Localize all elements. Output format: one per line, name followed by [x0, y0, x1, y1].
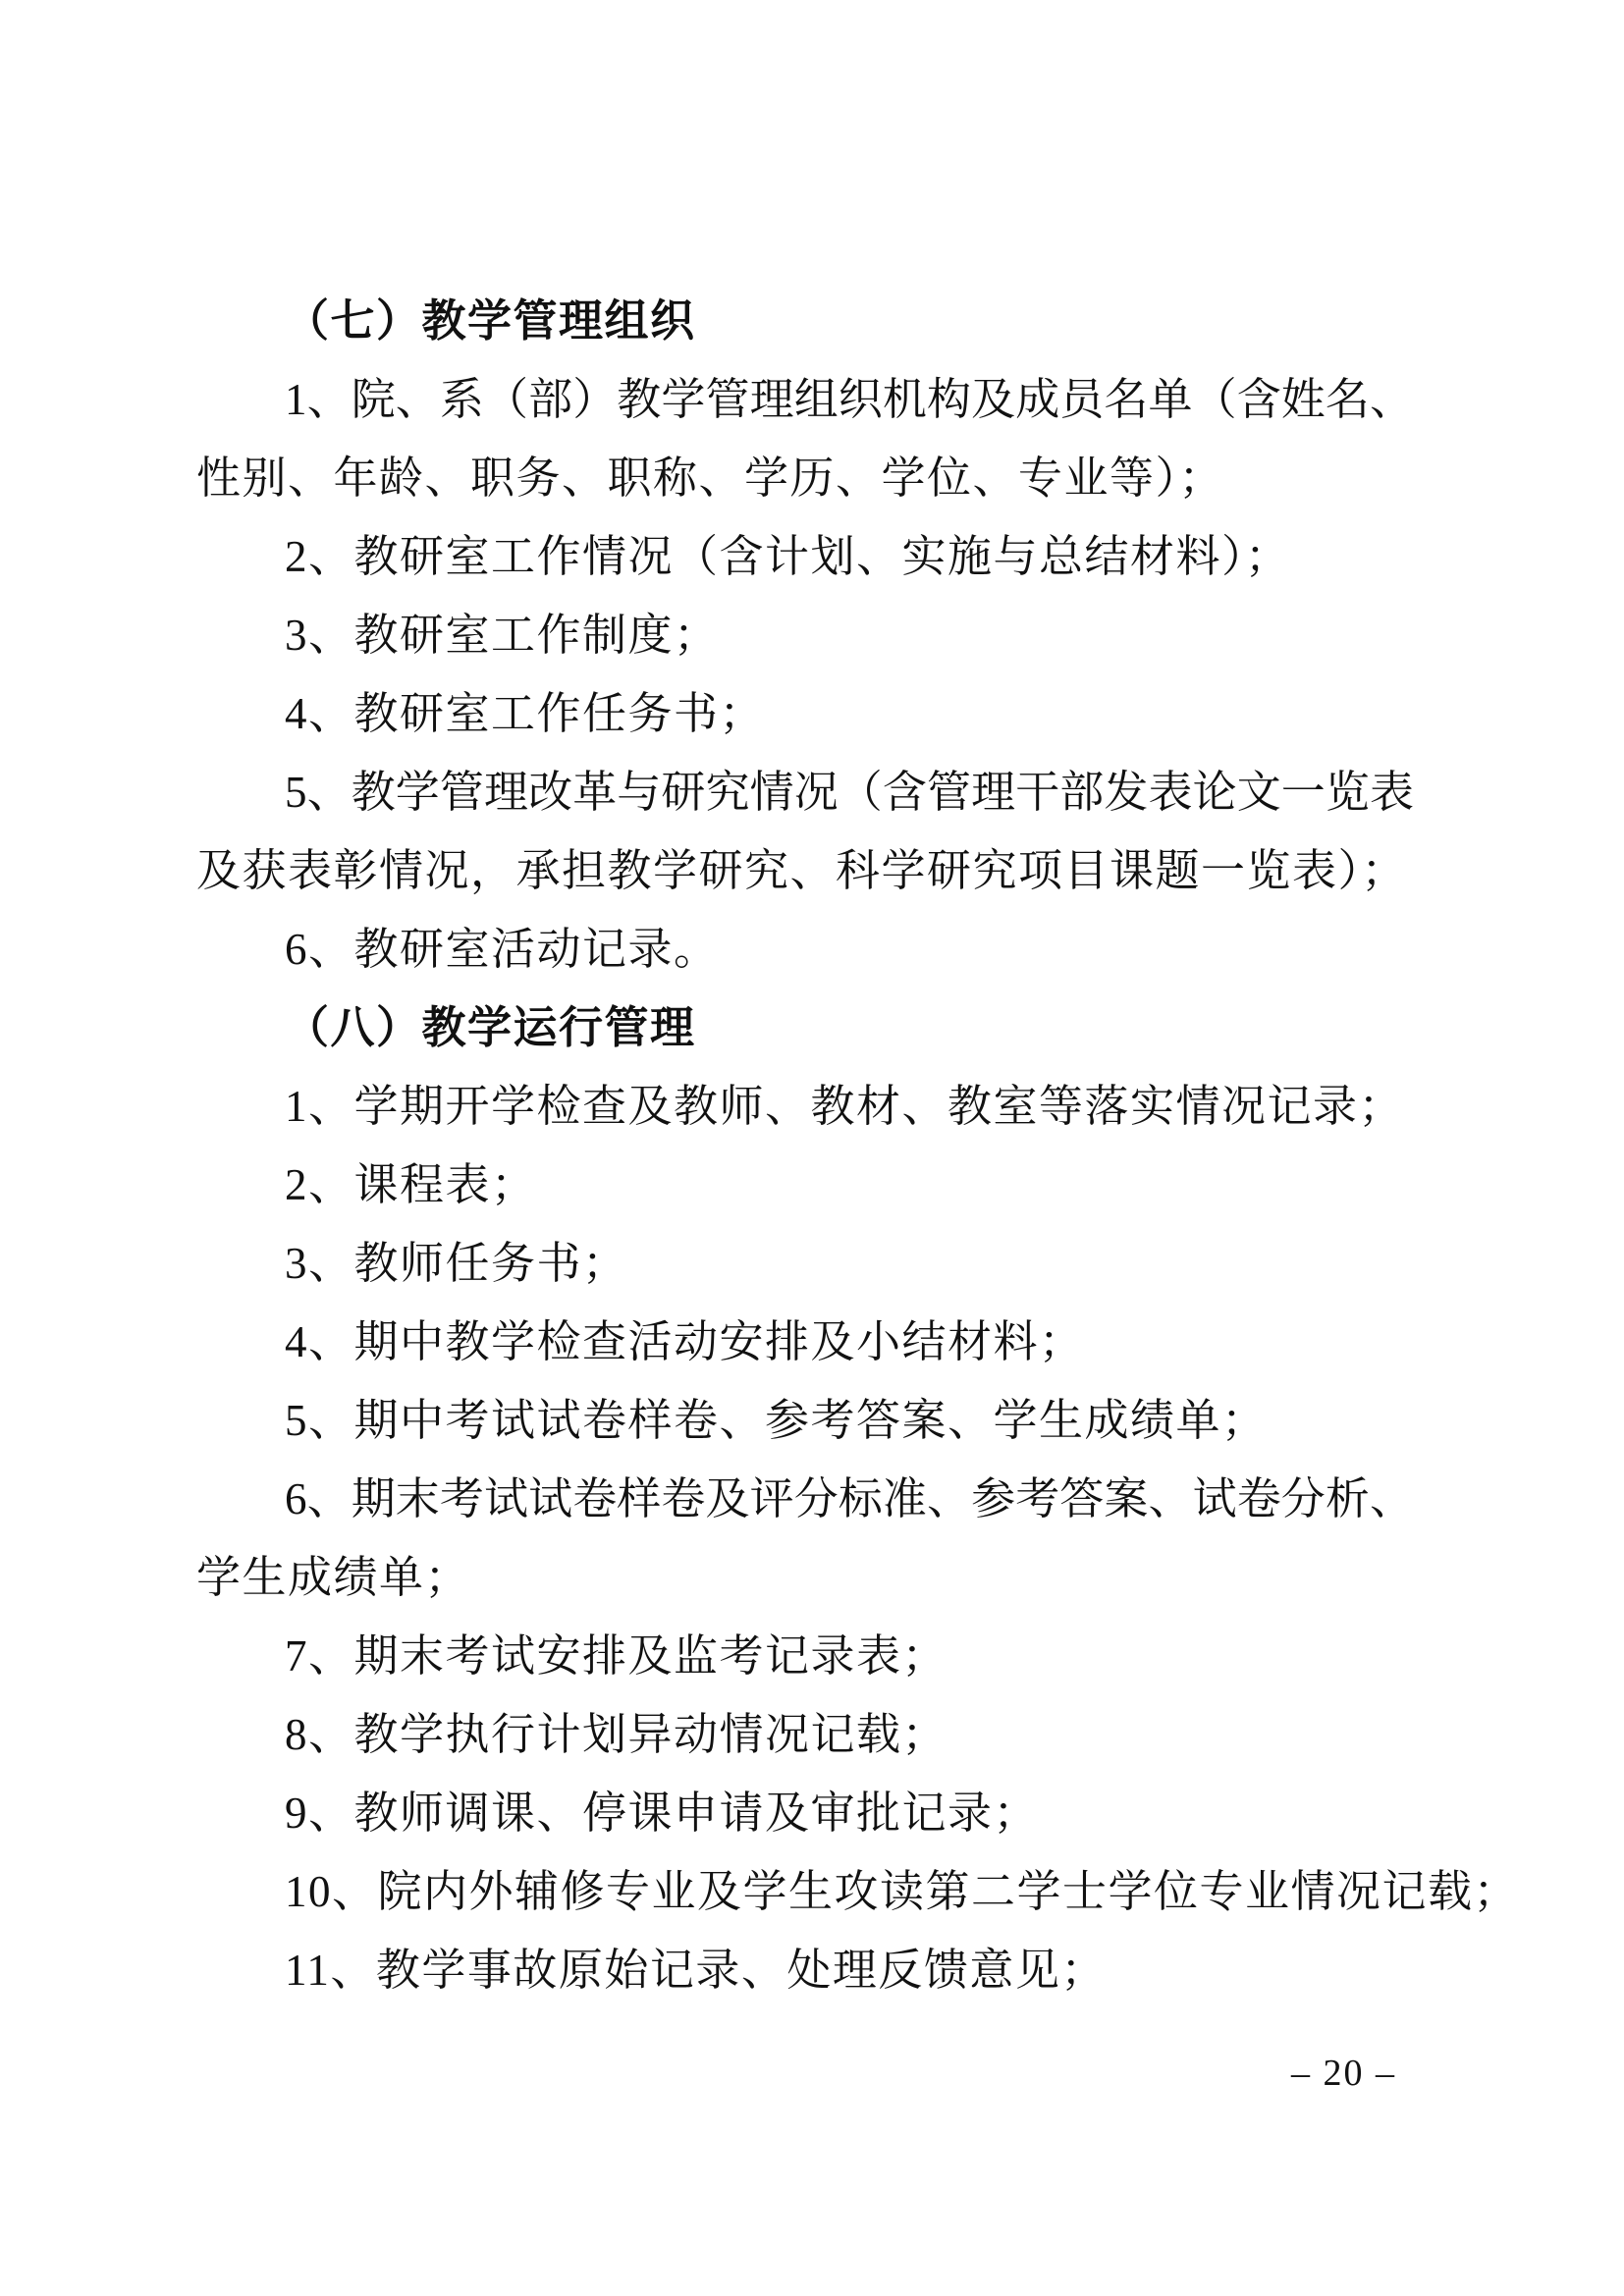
- list-item-line: 4、期中教学检查活动安排及小结材料；: [196, 1303, 1414, 1381]
- page-number: – 20 –: [1291, 2052, 1396, 2095]
- list-item-line: 2、课程表；: [196, 1146, 1414, 1224]
- list-item-line: 9、教师调课、停课申请及审批记录；: [196, 1774, 1414, 1852]
- list-item-line: 8、教学执行计划异动情况记载；: [196, 1695, 1414, 1774]
- list-item-line: 6、期末考试试卷样卷及评分标准、参考答案、试卷分析、: [196, 1460, 1414, 1538]
- section-heading: （七）教学管理组织: [196, 282, 1414, 360]
- list-item-line: 11、教学事故原始记录、处理反馈意见；: [196, 1931, 1414, 2009]
- list-item-line: 1、学期开学检查及教师、教材、教室等落实情况记录；: [196, 1067, 1414, 1146]
- list-item-line: 5、期中考试试卷样卷、参考答案、学生成绩单；: [196, 1381, 1414, 1460]
- list-item-line: 3、教研室工作制度；: [196, 596, 1414, 674]
- list-item-line: 7、期末考试安排及监考记录表；: [196, 1617, 1414, 1695]
- continuation-line: 及获表彰情况，承担教学研究、科学研究项目课题一览表）；: [196, 831, 1414, 910]
- list-item-line: 10、院内外辅修专业及学生攻读第二学士学位专业情况记载；: [196, 1852, 1414, 1931]
- section-heading: （八）教学运行管理: [196, 988, 1414, 1067]
- list-item-line: 6、教研室活动记录。: [196, 910, 1414, 988]
- list-item-line: 4、教研室工作任务书；: [196, 674, 1414, 753]
- document-page: （七）教学管理组织1、院、系（部）教学管理组织机构及成员名单（含姓名、性别、年龄…: [0, 0, 1624, 2296]
- document-content: （七）教学管理组织1、院、系（部）教学管理组织机构及成员名单（含姓名、性别、年龄…: [196, 282, 1414, 2009]
- continuation-line: 学生成绩单；: [196, 1538, 1414, 1617]
- list-item-line: 3、教师任务书；: [196, 1224, 1414, 1303]
- continuation-line: 性别、年龄、职务、职称、学历、学位、专业等）；: [196, 439, 1414, 517]
- list-item-line: 5、教学管理改革与研究情况（含管理干部发表论文一览表: [196, 753, 1414, 831]
- list-item-line: 1、院、系（部）教学管理组织机构及成员名单（含姓名、: [196, 360, 1414, 439]
- list-item-line: 2、教研室工作情况（含计划、实施与总结材料）；: [196, 517, 1414, 596]
